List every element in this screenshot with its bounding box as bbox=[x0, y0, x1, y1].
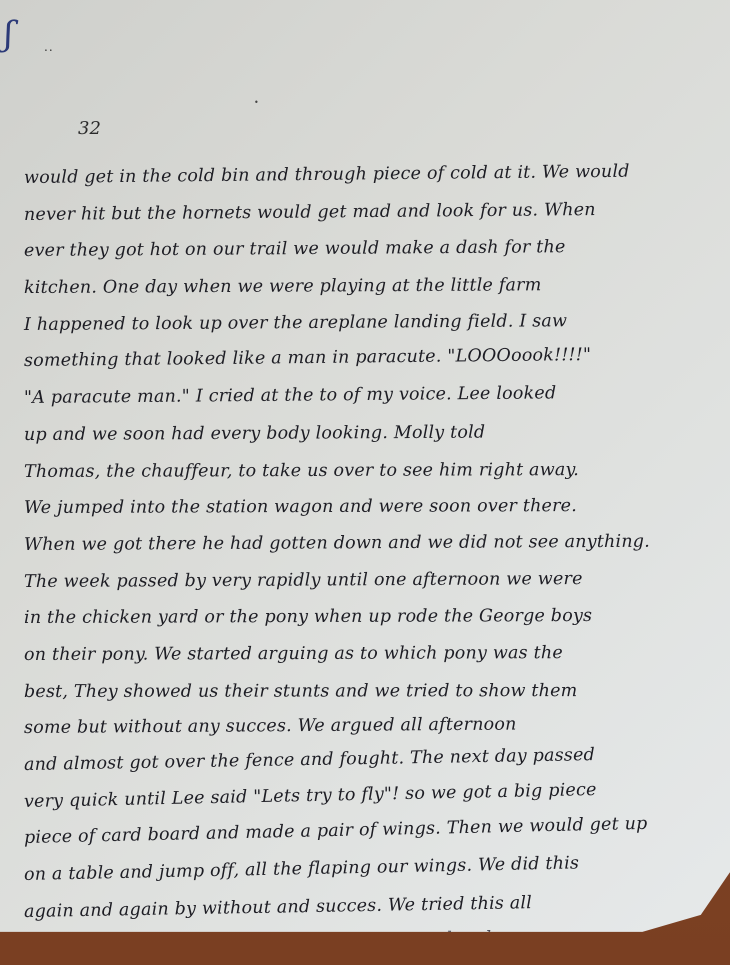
text-line: up and we soon had every body looking. M… bbox=[24, 413, 714, 453]
text-line: When we got there he had gotten down and… bbox=[24, 523, 714, 563]
text-line: best, They showed us their stunts and we… bbox=[24, 672, 714, 710]
text-line: would get in the cold bin and through pi… bbox=[24, 153, 714, 197]
text-line: kitchen. One day when we were playing at… bbox=[24, 266, 714, 306]
handwritten-body: would get in the cold bin and through pi… bbox=[24, 160, 714, 965]
paper-speck: • bbox=[254, 98, 259, 107]
text-line: never hit but the hornets would get mad … bbox=[24, 191, 714, 234]
text-line: We jumped into the station wagon and wer… bbox=[24, 488, 714, 527]
text-line: The week passed by very rapidly until on… bbox=[24, 560, 714, 600]
corner-dots: .. bbox=[44, 40, 54, 54]
page-number: 32 bbox=[78, 118, 101, 139]
text-line: in the chicken yard or the pony when up … bbox=[24, 598, 714, 637]
text-line: ever they got hot on our trail we would … bbox=[24, 229, 714, 271]
text-line: Thomas, the chauffeur, to take us over t… bbox=[24, 451, 714, 490]
text-line: something that looked like a man in para… bbox=[24, 336, 714, 380]
text-line: on their pony. We started arguing as to … bbox=[24, 635, 714, 674]
text-line: "A paracute man." I cried at the to of m… bbox=[24, 374, 714, 417]
handwritten-page: ʃ .. • 32 would get in the cold bin and … bbox=[0, 0, 730, 948]
corner-check-mark: ʃ bbox=[4, 14, 13, 54]
